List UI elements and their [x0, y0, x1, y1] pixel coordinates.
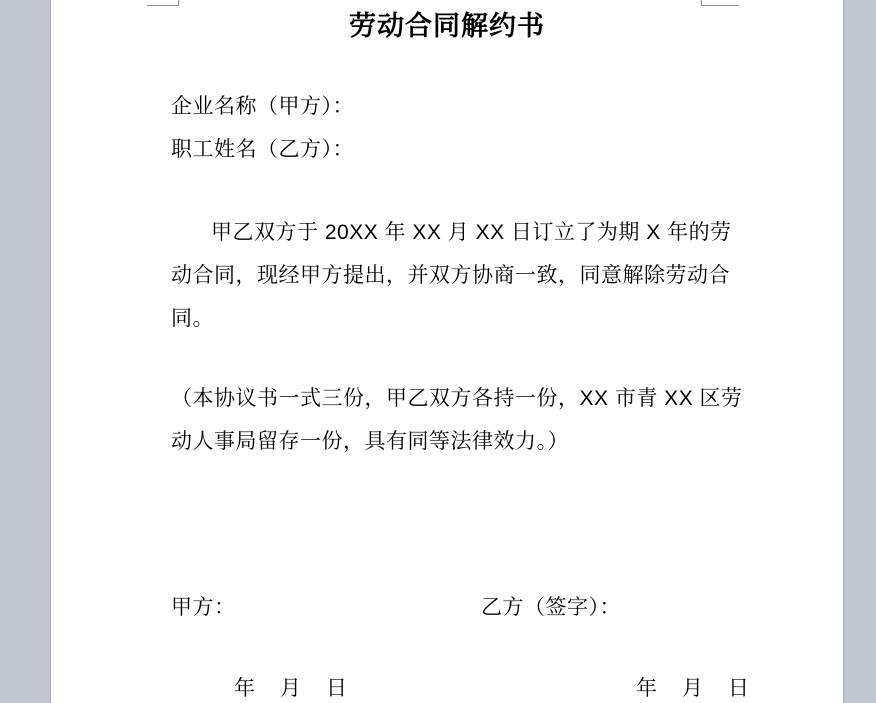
party-a-date-label[interactable]: 年 月 日 [234, 667, 349, 703]
party-b-date-label[interactable]: 年 月 日 [636, 667, 751, 703]
party-a-signature-label[interactable]: 甲方： [171, 586, 236, 629]
party-fields[interactable]: 企业名称（甲方）： 职工姓名（乙方）： [171, 85, 751, 171]
body-paragraph[interactable]: 甲乙双方于 20XX 年 XX 月 XX 日订立了为期 X 年的劳 动合同，现经… [171, 211, 751, 340]
note-paragraph-line[interactable]: 动人事局留存一份，具有同等法律效力。） [171, 420, 751, 463]
body-paragraph-line[interactable]: 甲乙双方于 20XX 年 XX 月 XX 日订立了为期 X 年的劳 [171, 211, 751, 254]
note-paragraph[interactable]: （本协议书一式三份，甲乙双方各持一份，XX 市青 XX 区劳 动人事局留存一份，… [171, 377, 751, 463]
party-b-signature-label[interactable]: 乙方（签字）： [481, 586, 621, 629]
date-line[interactable]: 年 月 日 年 月 日 [51, 667, 843, 703]
body-paragraph-line[interactable]: 动合同，现经甲方提出，并双方协商一致，同意解除劳动合 [171, 254, 751, 297]
party-a-label[interactable]: 企业名称（甲方）： [171, 85, 751, 128]
body-paragraph-line[interactable]: 同。 [171, 297, 751, 340]
party-b-label[interactable]: 职工姓名（乙方）： [171, 128, 751, 171]
signature-line[interactable]: 甲方： 乙方（签字）： [51, 586, 843, 629]
document-title[interactable]: 劳动合同解约书 [51, 6, 843, 46]
document-page[interactable]: 劳动合同解约书 企业名称（甲方）： 职工姓名（乙方）： 甲乙双方于 20XX 年… [50, 0, 844, 703]
note-paragraph-line[interactable]: （本协议书一式三份，甲乙双方各持一份，XX 市青 XX 区劳 [171, 377, 751, 420]
editor-canvas: 劳动合同解约书 企业名称（甲方）： 职工姓名（乙方）： 甲乙双方于 20XX 年… [0, 0, 876, 703]
